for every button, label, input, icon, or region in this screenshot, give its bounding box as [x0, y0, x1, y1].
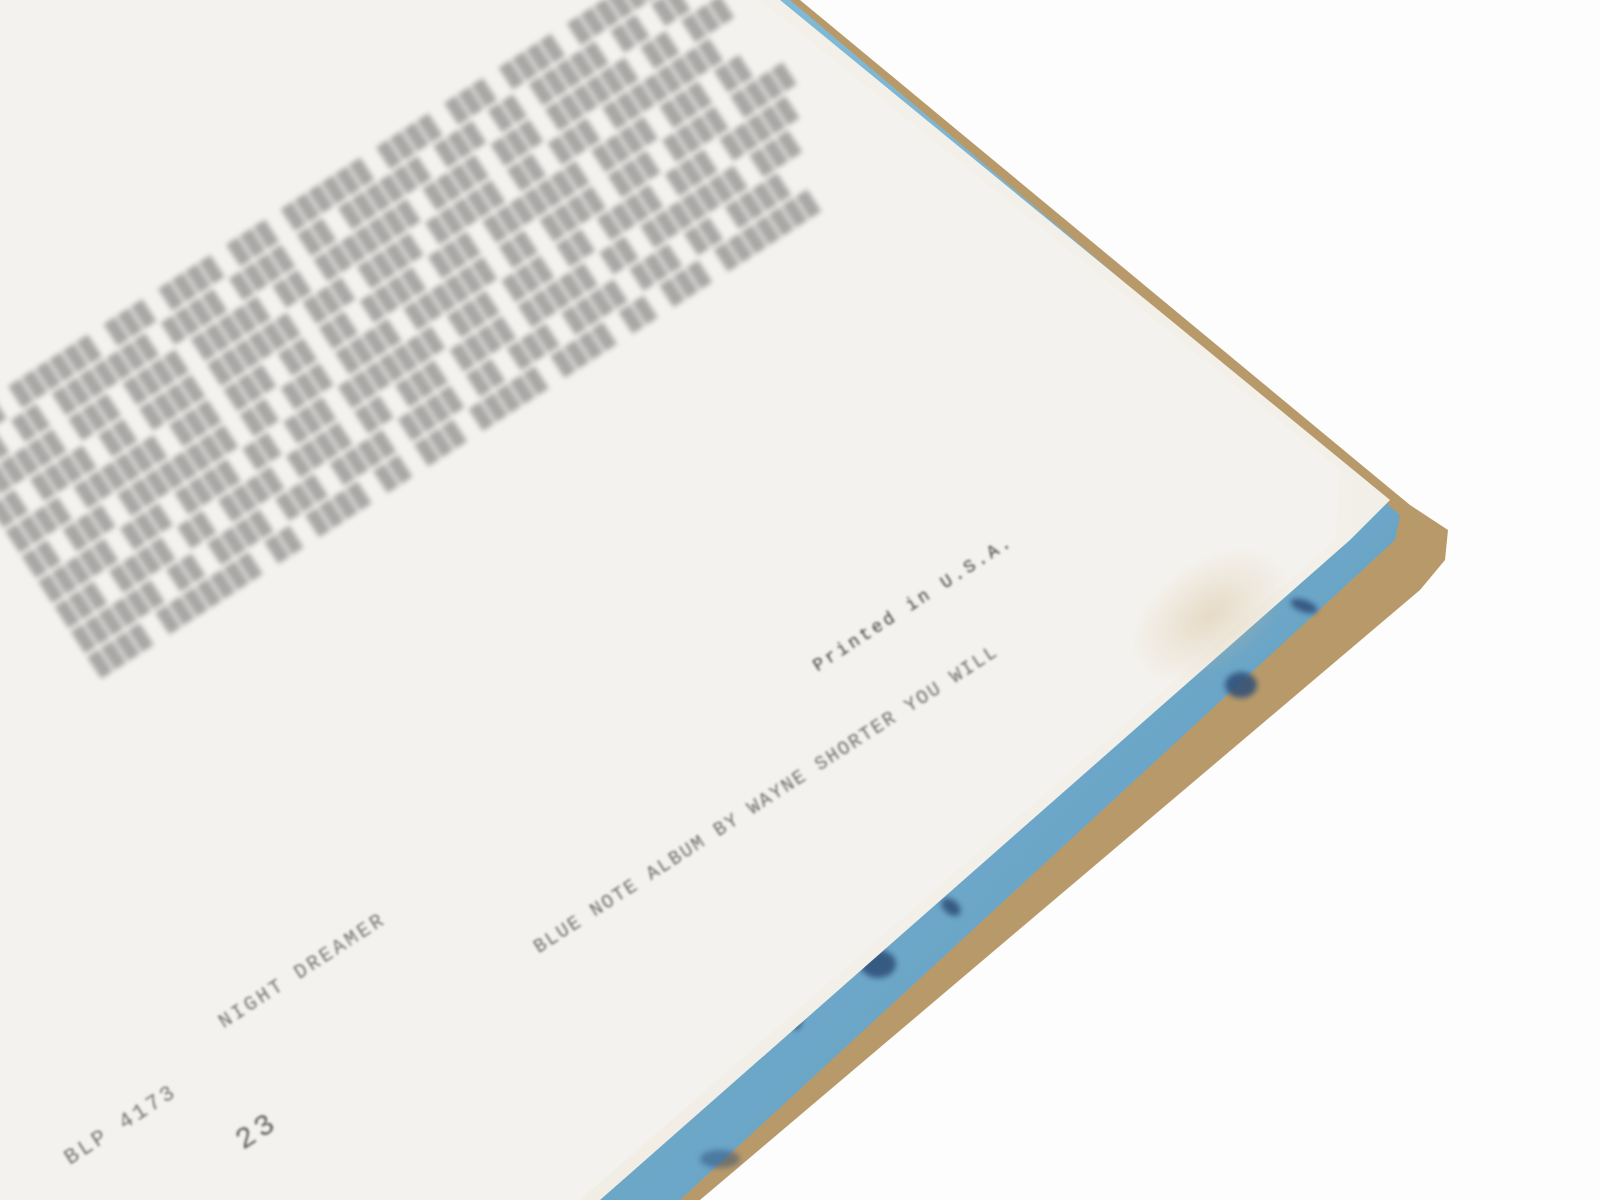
- photo-scene: ████ ██████ ███ ████ ███ ██████ ████ ███…: [0, 0, 1600, 1200]
- album-credit-line: BLUE NOTE ALBUM BY WAYNE SHORTER YOU WIL…: [530, 641, 1003, 959]
- track-title: NIGHT DREAMER: [215, 909, 391, 1035]
- blurred-liner-text: ████ ██████ ███ ████ ███ ██████ ████ ███…: [0, 0, 866, 682]
- liner-notes: ████ ██████ ███ ████ ███ ██████ ████ ███…: [0, 0, 1600, 1200]
- number-fragment: 23: [230, 1106, 285, 1158]
- catalog-number: BLP 4173: [60, 1079, 182, 1171]
